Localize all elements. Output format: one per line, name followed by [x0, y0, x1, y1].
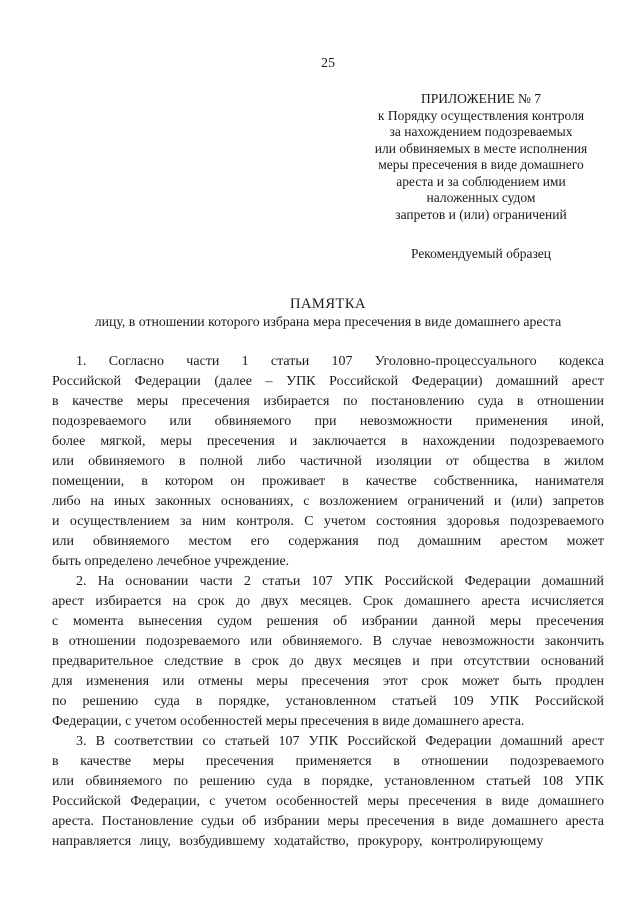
text-line: быть определено лечебное учреждение. [52, 552, 604, 572]
text-line: 1. Согласно части 1 статьи 107 Уголовно-… [52, 352, 604, 372]
text-line: подозреваемого или обвиняемого при невоз… [52, 412, 604, 432]
text-line: 3. В соответствии со статьей 107 УПК Рос… [52, 732, 604, 752]
appendix-title: ПРИЛОЖЕНИЕ № 7 [358, 91, 604, 108]
appendix-header: ПРИЛОЖЕНИЕ № 7 к Порядку осуществления к… [358, 91, 604, 223]
text-line: в отношении подозреваемого или обвиняемо… [52, 632, 604, 652]
text-line: более мягкой, меры пресечения и заключае… [52, 432, 604, 452]
text-line: Федерации, с учетом особенностей меры пр… [52, 712, 604, 732]
appendix-header-line: меры пресечения в виде домашнего [358, 157, 604, 174]
text-line: направляется лицу, возбудившему ходатайс… [52, 832, 604, 852]
text-line: для изменения или отмены меры пресечения… [52, 672, 604, 692]
text-line: 2. На основании части 2 статьи 107 УПК Р… [52, 572, 604, 592]
recommended-sample-note: Рекомендуемый образец [358, 245, 604, 262]
text-line: предварительное следствие в срок до двух… [52, 652, 604, 672]
text-line: ареста. Постановление судьи об избрании … [52, 812, 604, 832]
memo-paragraph: 2. На основании части 2 статьи 107 УПК Р… [52, 572, 604, 732]
text-line: в качестве меры пресечения избирается по… [52, 392, 604, 412]
text-line: арест избирается на срок до двух месяцев… [52, 592, 604, 612]
text-line: помещении, в котором он проживает в каче… [52, 472, 604, 492]
memo-subtitle: лицу, в отношении которого избрана мера … [52, 313, 604, 330]
appendix-header-lines: к Порядку осуществления контроляза нахож… [358, 108, 604, 224]
text-line: или обвиняемого по решению суда в порядк… [52, 772, 604, 792]
appendix-header-line: или обвиняемых в месте исполнения [358, 141, 604, 158]
text-line: Российской Федерации, с учетом особеннос… [52, 792, 604, 812]
memo-paragraph: 3. В соответствии со статьей 107 УПК Рос… [52, 732, 604, 852]
page-number: 25 [52, 55, 604, 73]
appendix-header-line: за нахождением подозреваемых [358, 124, 604, 141]
memo-title: ПАМЯТКА [52, 296, 604, 313]
document-page: 25 ПРИЛОЖЕНИЕ № 7 к Порядку осуществлени… [0, 0, 640, 905]
memo-body: 1. Согласно части 1 статьи 107 Уголовно-… [52, 352, 604, 852]
appendix-header-line: к Порядку осуществления контроля [358, 108, 604, 125]
appendix-header-line: ареста и за соблюдением ими [358, 174, 604, 191]
appendix-header-line: запретов и (или) ограничений [358, 207, 604, 224]
memo-paragraph: 1. Согласно части 1 статьи 107 Уголовно-… [52, 352, 604, 572]
text-line: с момента вынесения судом решения об изб… [52, 612, 604, 632]
text-line: и осуществлением за ним контроля. С учет… [52, 512, 604, 532]
text-line: Российской Федерации (далее – УПК Россий… [52, 372, 604, 392]
text-line: в качестве меры пресечения применяется в… [52, 752, 604, 772]
text-line: или обвиняемого местом его содержания по… [52, 532, 604, 552]
text-line: или обвиняемого в полной либо частичной … [52, 452, 604, 472]
text-line: по решению суда в порядке, установленном… [52, 692, 604, 712]
appendix-header-line: наложенных судом [358, 190, 604, 207]
text-line: либо на иных законных основаниях, с возл… [52, 492, 604, 512]
